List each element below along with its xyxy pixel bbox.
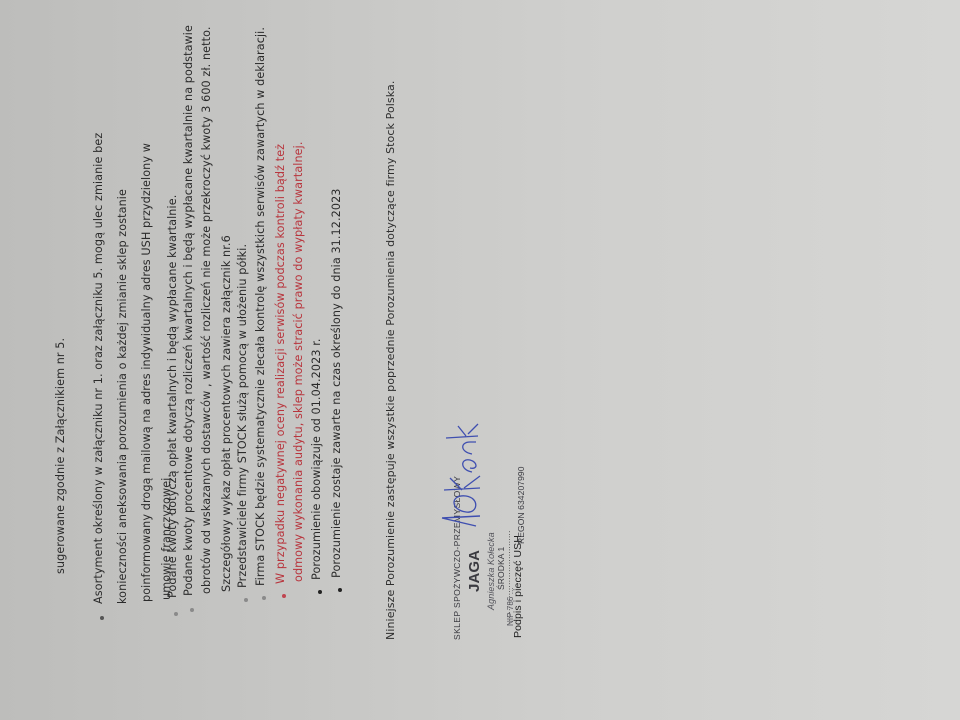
text-line: obrotów od wskazanych dostawców , wartoś… (200, 26, 213, 594)
text-line: Porozumienie obowiązuje od 01.04.2023 r. (310, 338, 323, 580)
bullet-icon (174, 612, 178, 616)
bullet-icon (190, 608, 194, 612)
bullet-icon (262, 596, 266, 600)
text-line: konieczności aneksowania porozumienia o … (116, 189, 129, 604)
rotated-page: sugerowane zgodnie z Załącznikiem nr 5. … (0, 0, 960, 720)
stamp-name: JAGA (466, 550, 483, 592)
handwritten-signature (436, 420, 499, 530)
text-line: sugerowane zgodnie z Załącznikiem nr 5. (54, 338, 67, 574)
text-line: Asortyment określony w załączniku nr 1. … (92, 133, 105, 604)
closing-statement: Niniejsze Porozumienie zastępuje wszystk… (384, 81, 397, 640)
text-line-warning: odmowy wykonania audytu, sklep może stra… (292, 141, 305, 582)
text-line: Porozumienie zostaje zawarte na czas okr… (330, 188, 343, 578)
text-line: Podane kwoty procentowe dotyczą rozlicze… (182, 25, 195, 596)
text-line: poinformowany drogą mailową na adres ind… (140, 143, 153, 602)
text-line: Firma STOCK będzie systematycznie zlecał… (254, 27, 267, 586)
document-photo: sugerowane zgodnie z Załącznikiem nr 5. … (0, 0, 960, 720)
bullet-icon (338, 588, 342, 592)
stamp-owner: Agnieszka Kołecka (486, 532, 496, 610)
text-line-warning: W przypadku negatywnej oceny realizacji … (274, 144, 287, 584)
bullet-icon (100, 616, 104, 620)
text-line: Szczegółowy wykaz opłat procentowych zaw… (220, 235, 233, 592)
bullet-icon (282, 594, 286, 598)
signature-label: Podpis i pieczęć USH (512, 535, 524, 638)
text-line: Przedstawiciele firmy STOCK służą pomocą… (236, 244, 249, 588)
bullet-icon (244, 598, 248, 602)
stamp-regon: REGON 634207990 (516, 466, 526, 544)
text-line: Podane kwoty dotyczą opłat kwartalnych i… (166, 195, 179, 598)
bullet-icon (318, 590, 322, 594)
